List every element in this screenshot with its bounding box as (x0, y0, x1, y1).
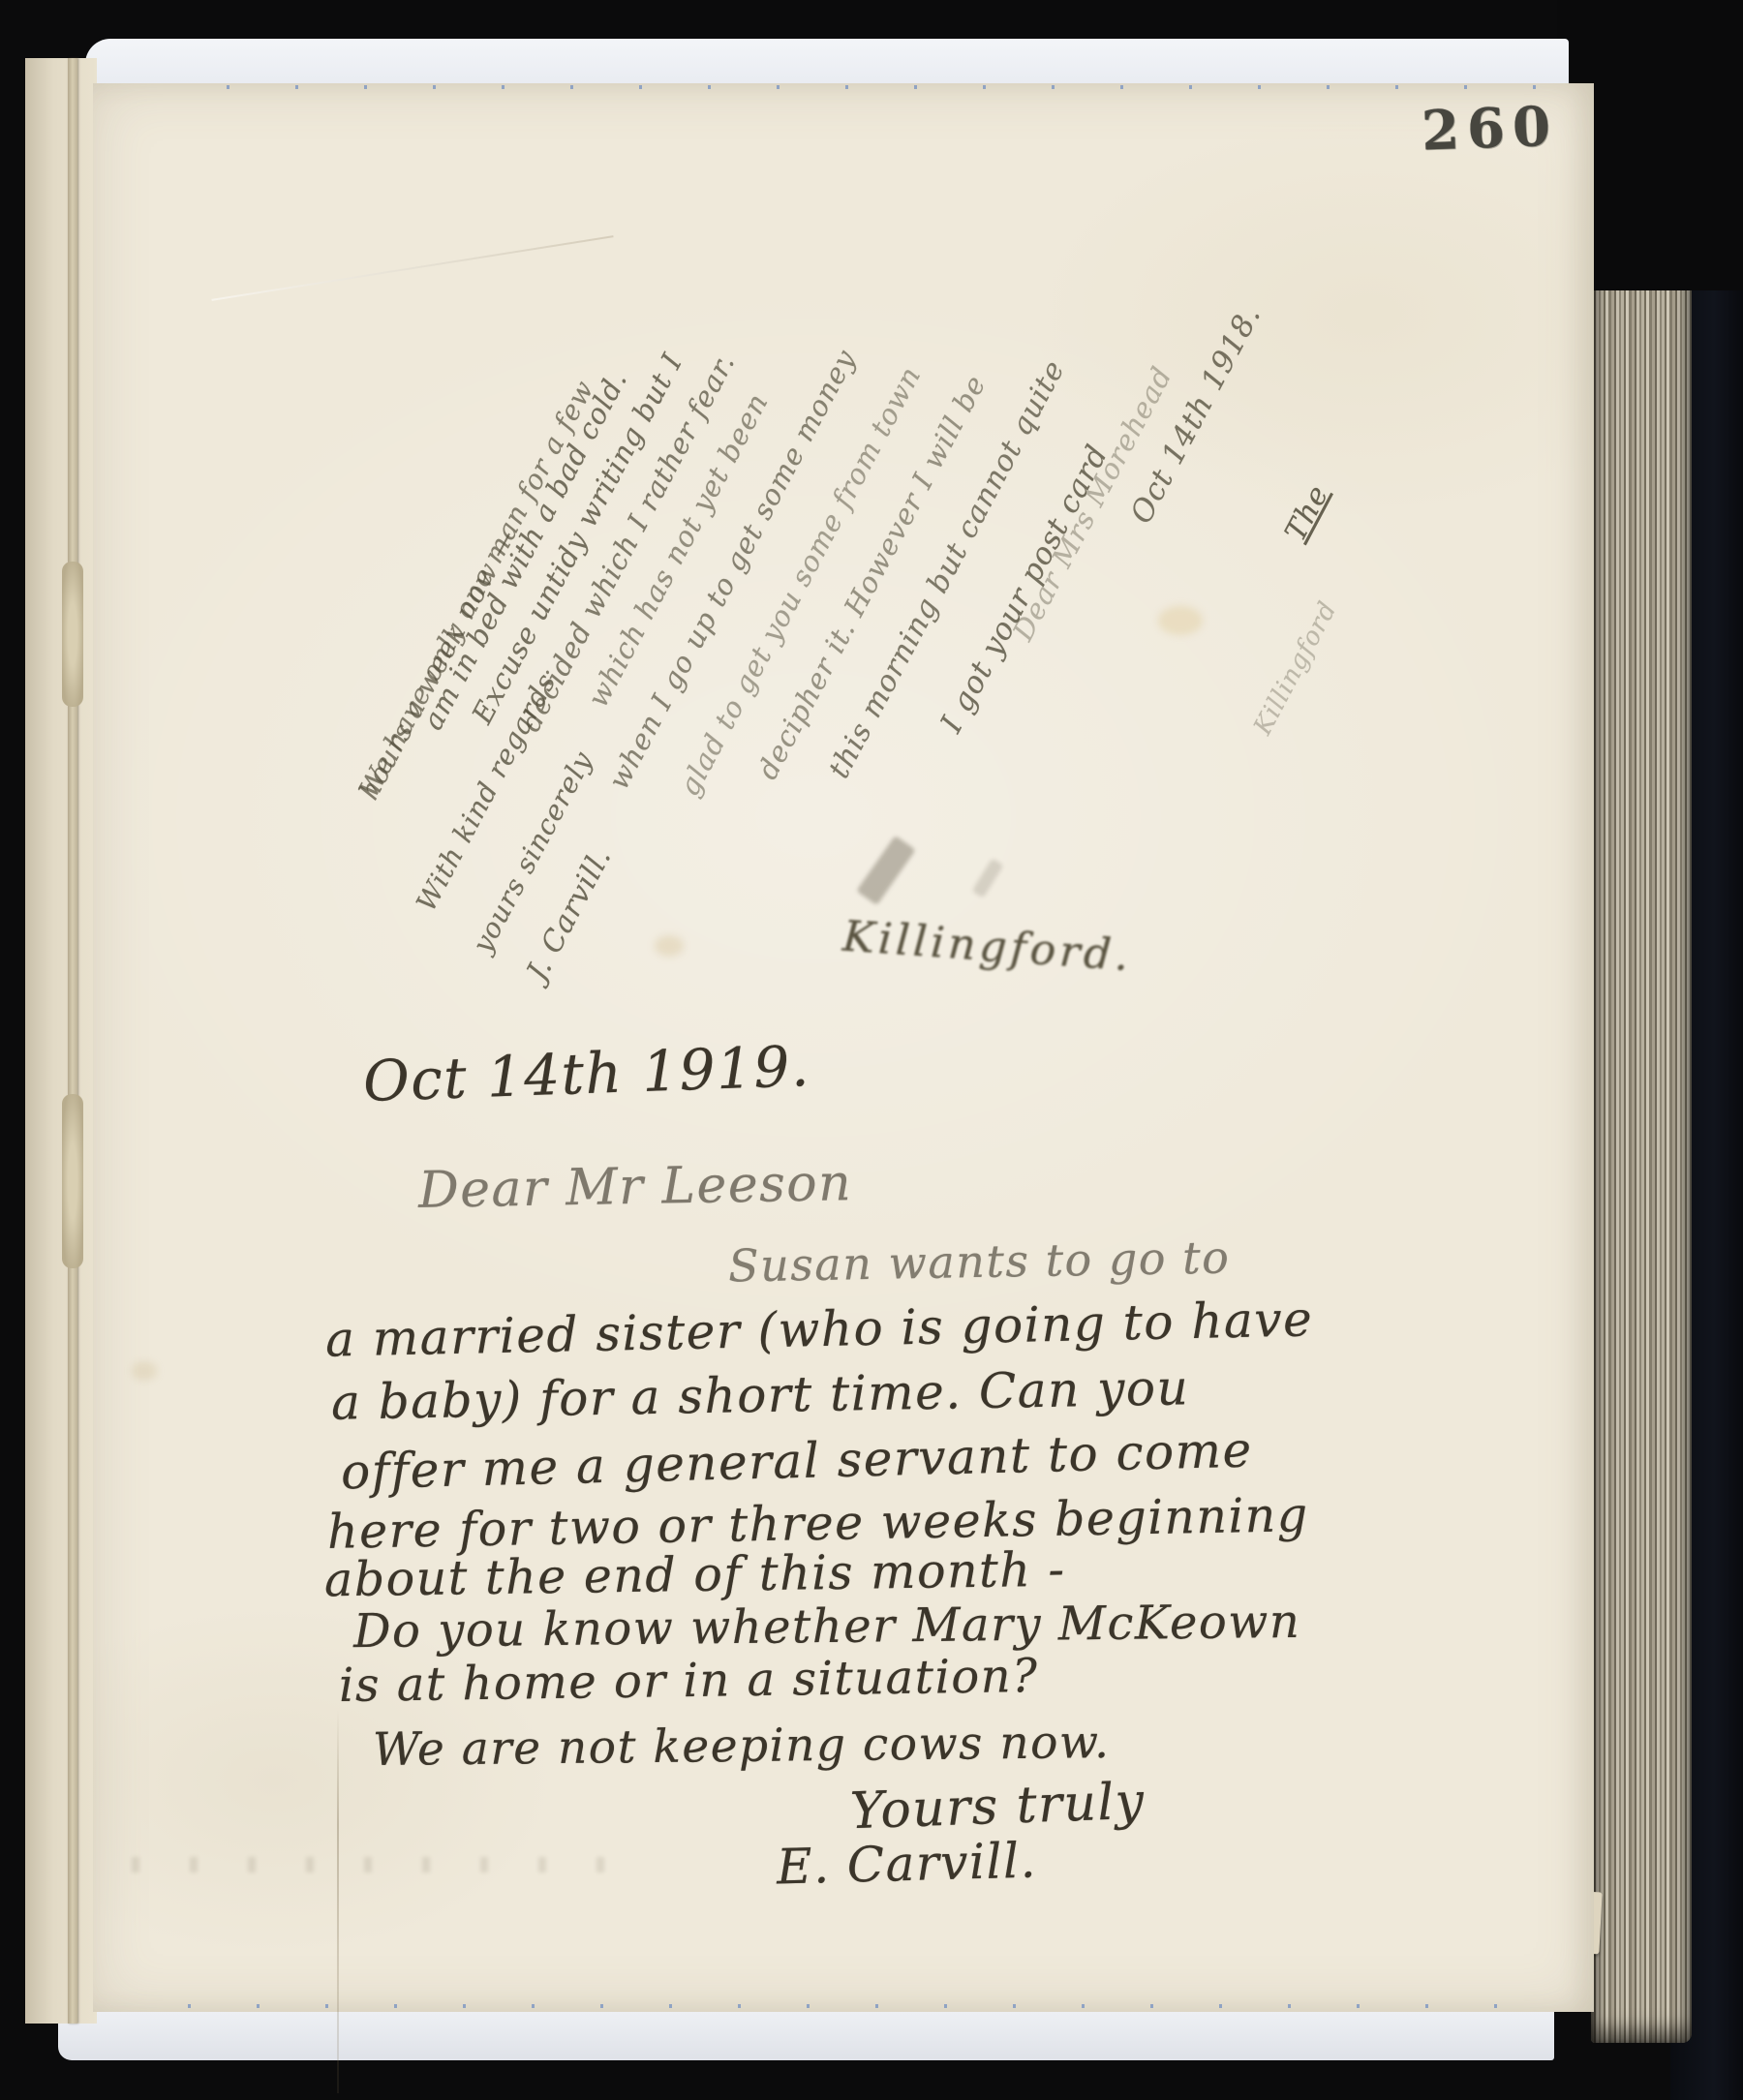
letter-salutation: Dear Mr Leeson (418, 1154, 853, 1220)
letter-body-line: We are not keeping cows now. (373, 1716, 1111, 1777)
age-spot (132, 1361, 157, 1381)
stitching-seam (68, 58, 77, 2024)
age-spot (655, 935, 684, 957)
paper-crease (337, 1710, 339, 2093)
blue-edge-ticks-bottom (155, 2004, 1549, 2008)
page-number-stamp: 260 (1421, 95, 1559, 164)
underlying-page-edge-bottom (58, 2010, 1554, 2060)
binding-gutter (25, 58, 97, 2024)
letter-body-line: is at home or in a situation? (339, 1649, 1039, 1713)
letter-signature: E. Carvill. (776, 1832, 1037, 1895)
underlying-page-edge-top (85, 39, 1569, 89)
page-stack-fore-edge (1591, 225, 1692, 2043)
letter-body-line: Do you know whether Mary McKeown (353, 1595, 1301, 1659)
paper-crease (211, 235, 613, 301)
faint-ink-offset (107, 1857, 610, 1872)
age-spot (1158, 606, 1203, 635)
stitch-knot (62, 1094, 83, 1268)
stitch-knot (62, 562, 83, 707)
blue-edge-ticks-top (194, 85, 1549, 89)
letter-closing: Yours truly (849, 1773, 1146, 1841)
letter-body-line: Susan wants to go to (728, 1231, 1231, 1292)
